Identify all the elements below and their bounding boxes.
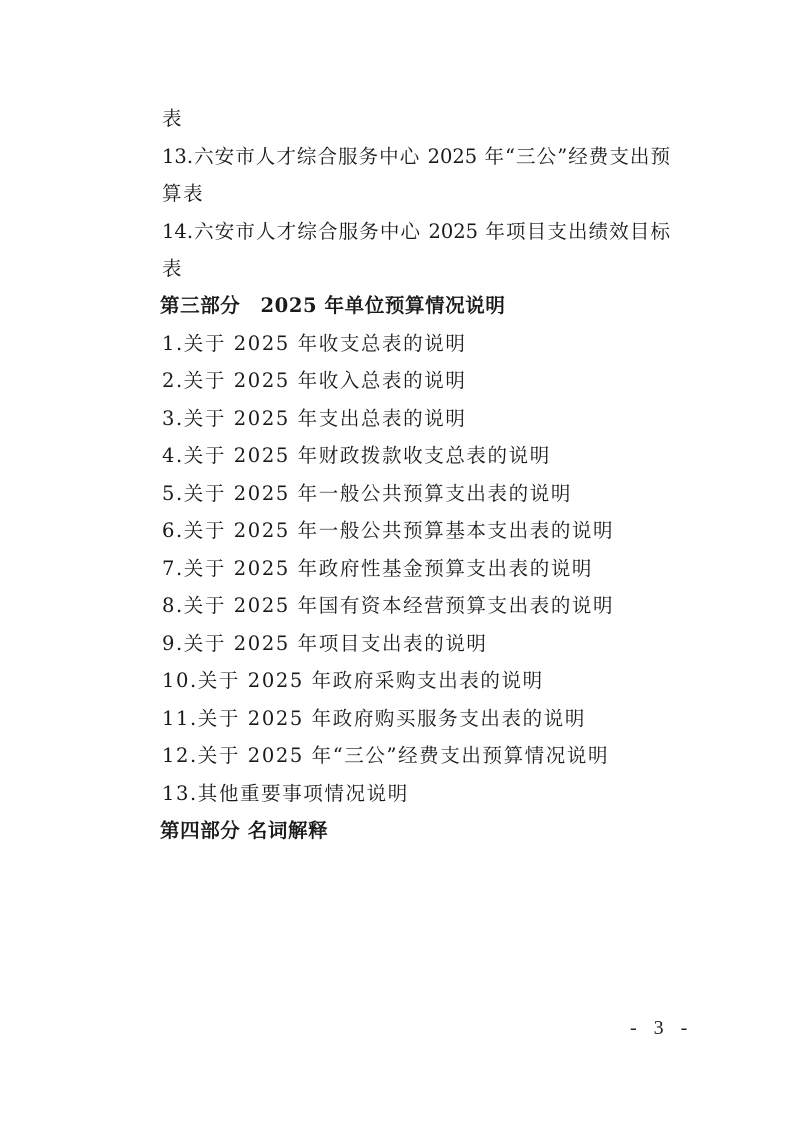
toc-item: 3.关于 2025 年支出总表的说明	[162, 407, 466, 431]
toc-item: 2.关于 2025 年收入总表的说明	[162, 369, 466, 393]
toc-item: 11.关于 2025 年政府购买服务支出表的说明	[162, 707, 586, 731]
section-heading-part3: 第三部分 2025 年单位预算情况说明	[160, 294, 505, 318]
toc-line-continued: 表	[162, 257, 183, 281]
toc-item: 10.关于 2025 年政府采购支出表的说明	[162, 669, 544, 693]
toc-item: 8.关于 2025 年国有资本经营预算支出表的说明	[162, 594, 614, 618]
toc-item: 5.关于 2025 年一般公共预算支出表的说明	[162, 482, 572, 506]
toc-item: 6.关于 2025 年一般公共预算基本支出表的说明	[162, 519, 614, 543]
toc-item-14-table: 14.六安市人才综合服务中心 2025 年项目支出绩效目标	[162, 220, 670, 244]
toc-item: 1.关于 2025 年收支总表的说明	[162, 332, 466, 356]
toc-item-13-table: 13.六安市人才综合服务中心 2025 年“三公”经费支出预	[162, 145, 670, 169]
toc-item: 13.其他重要事项情况说明	[162, 782, 409, 806]
toc-item: 12.关于 2025 年“三公”经费支出预算情况说明	[162, 744, 609, 768]
toc-item: 4.关于 2025 年财政拨款收支总表的说明	[162, 444, 551, 468]
document-page: 表 13.六安市人才综合服务中心 2025 年“三公”经费支出预 算表 14.六…	[0, 0, 793, 1122]
page-number: - 3 -	[630, 1017, 693, 1040]
toc-item: 9.关于 2025 年项目支出表的说明	[162, 632, 488, 656]
toc-line-continued: 表	[162, 107, 183, 131]
toc-line-continued: 算表	[162, 182, 204, 206]
section-heading-part4: 第四部分 名词解释	[160, 819, 328, 843]
toc-item: 7.关于 2025 年政府性基金预算支出表的说明	[162, 557, 593, 581]
